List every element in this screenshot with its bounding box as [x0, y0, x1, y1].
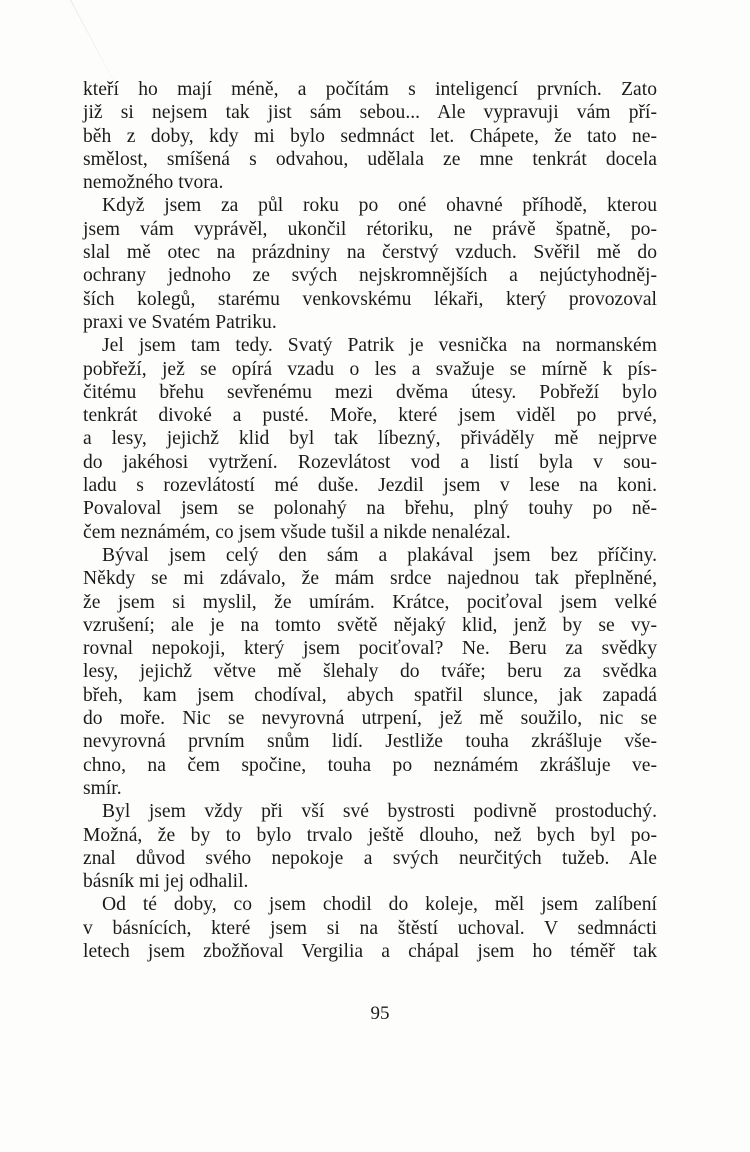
book-page: kteří ho mají méně, a počítám s intelige… — [0, 0, 750, 1152]
paragraph-first-line: Od té doby, co jsem chodil do koleje, mě… — [83, 893, 657, 916]
text-line: Možná, že by to bylo trvalo ještě dlouho… — [83, 824, 657, 847]
text-line: nevyrovná prvním snům lidí. Jestliže tou… — [83, 730, 657, 753]
text-line: jsem vám vyprávěl, ukončil rétoriku, ne … — [83, 218, 657, 241]
paragraph-first-line: Byl jsem vždy při vší své bystrosti podi… — [83, 800, 657, 823]
text-line: tenkrát divoké a pusté. Moře, které jsem… — [83, 404, 657, 427]
text-line: břeh, kam jsem chodíval, abych spatřil s… — [83, 684, 657, 707]
text-line: slal mě otec na prázdniny na čerstvý vzd… — [83, 241, 657, 264]
page-number: 95 — [0, 1003, 750, 1025]
text-line: kteří ho mají méně, a počítám s intelige… — [83, 78, 657, 101]
text-line: chno, na čem spočine, touha po neznámém … — [83, 754, 657, 777]
text-line: vzrušení; ale je na tomto světě nějaký k… — [83, 614, 657, 637]
text-line: ladu s rozevlátostí mé duše. Jezdil jsem… — [83, 474, 657, 497]
text-line: a lesy, jejichž klid byl tak líbezný, př… — [83, 427, 657, 450]
text-line: nemožného tvora. — [83, 171, 657, 194]
text-line: že jsem si myslil, že umírám. Krátce, po… — [83, 591, 657, 614]
text-line: čem neznámém, co jsem všude tušil a nikd… — [83, 521, 657, 544]
paragraph-first-line: Když jsem za půl roku po oné ohavné příh… — [83, 194, 657, 217]
text-line: ochrany jednoho ze svých nejskromnějších… — [83, 264, 657, 287]
text-line: smír. — [83, 777, 657, 800]
text-line: do moře. Nic se nevyrovná utrpení, jež m… — [83, 707, 657, 730]
text-line: znal důvod svého nepokoje a svých neurči… — [83, 847, 657, 870]
text-line: do jakéhosi vytržení. Rozevlátost vod a … — [83, 451, 657, 474]
paragraph-first-line: Jel jsem tam tedy. Svatý Patrik je vesni… — [83, 334, 657, 357]
text-line: praxi ve Svatém Patriku. — [83, 311, 657, 334]
body-text: kteří ho mají méně, a počítám s intelige… — [83, 78, 657, 963]
text-line: ších kolegů, starému venkovskému lékaři,… — [83, 288, 657, 311]
text-line: letech jsem zbožňoval Vergilia a chápal … — [83, 940, 657, 963]
text-line: čitému břehu sevřenému mezi dvěma útesy.… — [83, 381, 657, 404]
text-line: v básnících, které jsem si na štěstí uch… — [83, 917, 657, 940]
text-line: již si nejsem tak jist sám sebou... Ale … — [83, 101, 657, 124]
text-line: lesy, jejichž větve mě šlehaly do tváře;… — [83, 660, 657, 683]
text-line: Povaloval jsem se polonahý na břehu, pln… — [83, 497, 657, 520]
paragraph-first-line: Býval jsem celý den sám a plakával jsem … — [83, 544, 657, 567]
text-line: básník mi jej odhalil. — [83, 870, 657, 893]
text-line: Někdy se mi zdávalo, že mám srdce najedn… — [83, 567, 657, 590]
text-line: běh z doby, kdy mi bylo sedmnáct let. Ch… — [83, 125, 657, 148]
text-line: smělost, smíšená s odvahou, udělala ze m… — [83, 148, 657, 171]
text-line: rovnal nepokoji, který jsem pociťoval? N… — [83, 637, 657, 660]
text-line: pobřeží, jež se opírá vzadu o les a svaž… — [83, 358, 657, 381]
